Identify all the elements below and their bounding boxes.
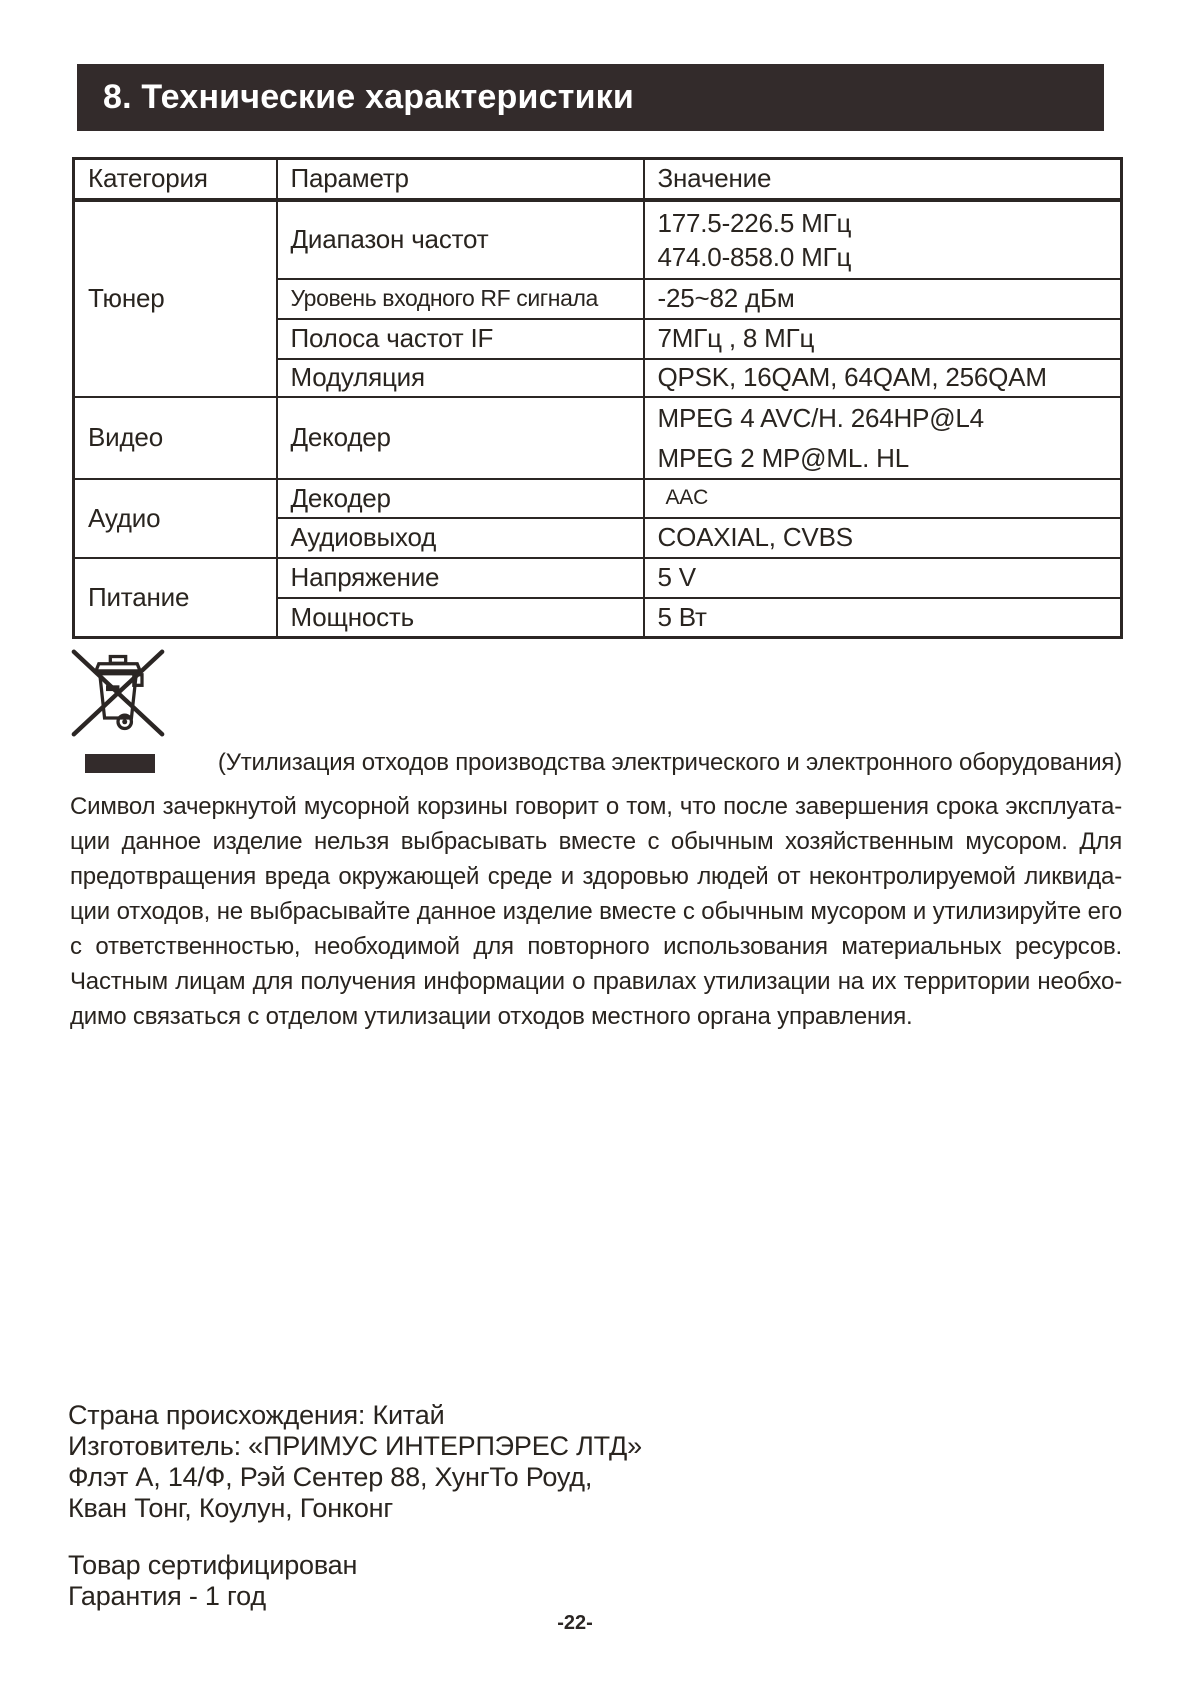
param-cell: Мощность bbox=[277, 598, 644, 638]
disposal-line: Частным лицам для получения информации о… bbox=[70, 964, 1122, 999]
disposal-line: предотвращения вреда окружающей среде и … bbox=[70, 859, 1122, 894]
disposal-line: Символ зачеркнутой мусорной корзины гово… bbox=[70, 789, 1122, 824]
value-line: 177.5-226.5 МГц bbox=[658, 206, 1115, 240]
param-cell: Декодер bbox=[277, 479, 644, 518]
value-cell: 5 V bbox=[644, 558, 1122, 598]
param-cell: Полоса частот IF bbox=[277, 319, 644, 359]
value-line: MPEG 4 AVC/H. 264HP@L4 bbox=[658, 398, 1115, 438]
spec-table: Категория Параметр Значение Тюнер Диапаз… bbox=[72, 157, 1123, 639]
weee-underline-bar bbox=[85, 754, 155, 773]
param-cell: Напряжение bbox=[277, 558, 644, 598]
col-header-param: Параметр bbox=[277, 159, 644, 200]
value-line: MPEG 2 MP@ML. HL bbox=[658, 438, 1115, 478]
disposal-text: Символ зачеркнутой мусорной корзины гово… bbox=[70, 789, 1122, 1034]
value-cell: COAXIAL, CVBS bbox=[644, 518, 1122, 558]
manufacturer-line: Изготовитель: «ПРИМУС ИНТЕРПЭРЕС ЛТД» bbox=[68, 1431, 768, 1462]
table-row: Питание Напряжение 5 V bbox=[74, 558, 1122, 598]
category-cell-power: Питание bbox=[74, 558, 277, 638]
col-header-category: Категория bbox=[74, 159, 277, 200]
value-cell: 7МГц , 8 МГц bbox=[644, 319, 1122, 359]
value-cell: QPSK, 16QAM, 64QAM, 256QAM bbox=[644, 359, 1122, 397]
manufacturer-info: Страна происхождения: Китай Изготовитель… bbox=[68, 1400, 768, 1612]
section-title: 8. Технические характеристики bbox=[77, 78, 634, 117]
disposal-caption-row: (Утилизация отходов производства электри… bbox=[70, 748, 1122, 778]
value-cell: 177.5-226.5 МГц 474.0-858.0 МГц bbox=[644, 200, 1122, 279]
table-row: Аудио Декодер AAC bbox=[74, 479, 1122, 518]
disposal-line: димо связаться с отделом утилизации отхо… bbox=[70, 999, 1122, 1034]
param-cell: Уровень входного RF сигнала bbox=[277, 279, 644, 319]
disposal-section: (Утилизация отходов производства электри… bbox=[70, 748, 1122, 1034]
origin-country-line: Страна происхождения: Китай bbox=[68, 1400, 768, 1431]
category-cell-tuner: Тюнер bbox=[74, 200, 277, 397]
disposal-caption: (Утилизация отходов производства электри… bbox=[155, 749, 1122, 777]
section-title-bar: 8. Технические характеристики bbox=[77, 64, 1104, 131]
disposal-line: ции данное изделие нельзя выбрасывать вм… bbox=[70, 824, 1122, 859]
value-cell: AAC bbox=[644, 479, 1122, 518]
value-cell: -25~82 дБм bbox=[644, 279, 1122, 319]
param-cell: Диапазон частот bbox=[277, 200, 644, 279]
disposal-line: ции отходов, не выбрасывайте данное изде… bbox=[70, 894, 1122, 929]
address-line: Кван Тонг, Коулун, Гонконг bbox=[68, 1493, 768, 1524]
value-line: 474.0-858.0 МГц bbox=[658, 240, 1115, 274]
manual-page: 8. Технические характеристики Категория … bbox=[0, 0, 1190, 1684]
category-cell-audio: Аудио bbox=[74, 479, 277, 558]
table-header-row: Категория Параметр Значение bbox=[74, 159, 1122, 200]
address-line: Флэт А, 14/Ф, Рэй Сентер 88, ХунгТо Роуд… bbox=[68, 1462, 768, 1493]
param-cell: Аудиовыход bbox=[277, 518, 644, 558]
param-cell: Модуляция bbox=[277, 359, 644, 397]
weee-crossed-bin-icon bbox=[70, 644, 166, 742]
category-cell-video: Видео bbox=[74, 397, 277, 479]
param-cell: Декодер bbox=[277, 397, 644, 479]
table-row: Видео Декодер MPEG 4 AVC/H. 264HP@L4 MPE… bbox=[74, 397, 1122, 479]
disposal-line: с ответственностью, необходимой для повт… bbox=[70, 929, 1122, 964]
value-cell: MPEG 4 AVC/H. 264HP@L4 MPEG 2 MP@ML. HL bbox=[644, 397, 1122, 479]
certification-block: Товар сертифицирован Гарантия - 1 год bbox=[68, 1550, 768, 1612]
certified-line: Товар сертифицирован bbox=[68, 1550, 768, 1581]
value-cell: 5 Вт bbox=[644, 598, 1122, 638]
table-row: Тюнер Диапазон частот 177.5-226.5 МГц 47… bbox=[74, 200, 1122, 279]
page-number: -22- bbox=[0, 1612, 1150, 1635]
warranty-line: Гарантия - 1 год bbox=[68, 1581, 768, 1612]
col-header-value: Значение bbox=[644, 159, 1122, 200]
